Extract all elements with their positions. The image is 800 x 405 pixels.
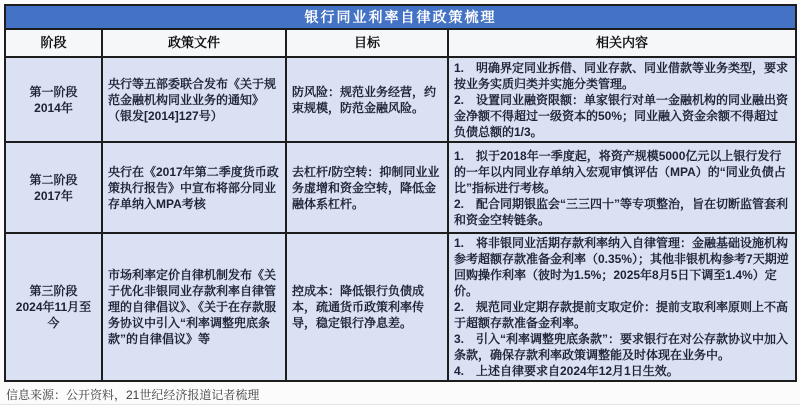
content-item: 4. 上述自律要求自2024年12月1日生效。 (454, 363, 790, 379)
column-header-stage: 阶段 (6, 30, 103, 56)
column-header-content: 相关内容 (449, 30, 795, 56)
content-item: 1. 明确界定同业拆借、同业存款、同业借款等业务类型，要求按业务实质归类并实施分… (454, 60, 790, 92)
goal-cell: 控成本：降低银行负债成本，疏通货币政策利率传导，稳定银行净息差。 (287, 234, 449, 380)
goal-cell: 去杠杆/防空转：抑制同业业务虚增和资金空转，降低金融体系杠杆。 (287, 143, 449, 232)
column-header-policy: 政策文件 (103, 30, 287, 56)
content-item: 1. 将非银同业活期存款利率纳入自律管理：金融基础设施机构参考超额存款准备金利率… (454, 235, 790, 299)
policy-cell: 央行等五部委联合发布《关于规范金融机构同业业务的通知》（银发[2014]127号… (103, 58, 287, 141)
content-item: 2. 规范同业定期存款提前支取定价：提前支取利率原则上不高于超额存款准备金利率。 (454, 299, 790, 331)
policy-cell: 市场利率定价自律机制发布《关于优化非银同业存款利率自律管理的自律倡议》、《关于在… (103, 234, 287, 380)
content-cell: 1. 明确界定同业拆借、同业存款、同业借款等业务类型，要求按业务实质归类并实施分… (449, 58, 795, 141)
table-row-stage3: 第三阶段 2024年11月至今 市场利率定价自律机制发布《关于优化非银同业存款利… (6, 234, 795, 380)
content-item: 2. 设置同业融资限额：单家银行对单一金融机构的同业融出资金净额不得超过一级资本… (454, 92, 790, 140)
table-header-row: 阶段 政策文件 目标 相关内容 (6, 30, 795, 58)
column-header-goal: 目标 (287, 30, 449, 56)
table-row-stage1: 第一阶段 2014年 央行等五部委联合发布《关于规范金融机构同业业务的通知》（银… (6, 58, 795, 143)
stage-period: 2024年11月至今 (11, 299, 96, 331)
stage-name: 第一阶段 (29, 84, 77, 100)
stage-cell: 第一阶段 2014年 (6, 58, 103, 141)
content-item: 1. 拟于2018年一季度起，将资产规模5000亿元以上银行发行的一年以内同业存… (454, 148, 790, 196)
content-cell: 1. 将非银同业活期存款利率纳入自律管理：金融基础设施机构参考超额存款准备金利率… (449, 234, 795, 380)
stage-name: 第三阶段 (29, 283, 77, 299)
content-item: 3. 引入“利率调整兜底条款”：要求银行在对公存款协议中加入条款，确保存款利率政… (454, 331, 790, 363)
content-cell: 1. 拟于2018年一季度起，将资产规模5000亿元以上银行发行的一年以内同业存… (449, 143, 795, 232)
policy-table: 银行同业利率自律政策梳理 阶段 政策文件 目标 相关内容 第一阶段 2014年 … (4, 4, 797, 382)
content-item: 2. 配合同期银监会“三三四十”等专项整治，旨在切断监管套利和资金空转链条。 (454, 196, 790, 228)
infographic-canvas: 银行同业利率自律政策梳理 阶段 政策文件 目标 相关内容 第一阶段 2014年 … (0, 0, 800, 405)
stage-period: 2014年 (34, 100, 73, 116)
stage-cell: 第二阶段 2017年 (6, 143, 103, 232)
policy-cell: 央行在《2017年第二季度货币政策执行报告》中宣布将部分同业存单纳入MPA考核 (103, 143, 287, 232)
table-title: 银行同业利率自律政策梳理 (6, 6, 795, 30)
table-row-stage2: 第二阶段 2017年 央行在《2017年第二季度货币政策执行报告》中宣布将部分同… (6, 143, 795, 234)
source-note: 信息来源：公开资料，21世纪经济报道记者梳理 (6, 386, 259, 403)
stage-name: 第二阶段 (29, 172, 77, 188)
goal-cell: 防风险：规范业务经营，约束规模，防范金融风险。 (287, 58, 449, 141)
stage-cell: 第三阶段 2024年11月至今 (6, 234, 103, 380)
stage-period: 2017年 (34, 188, 73, 204)
